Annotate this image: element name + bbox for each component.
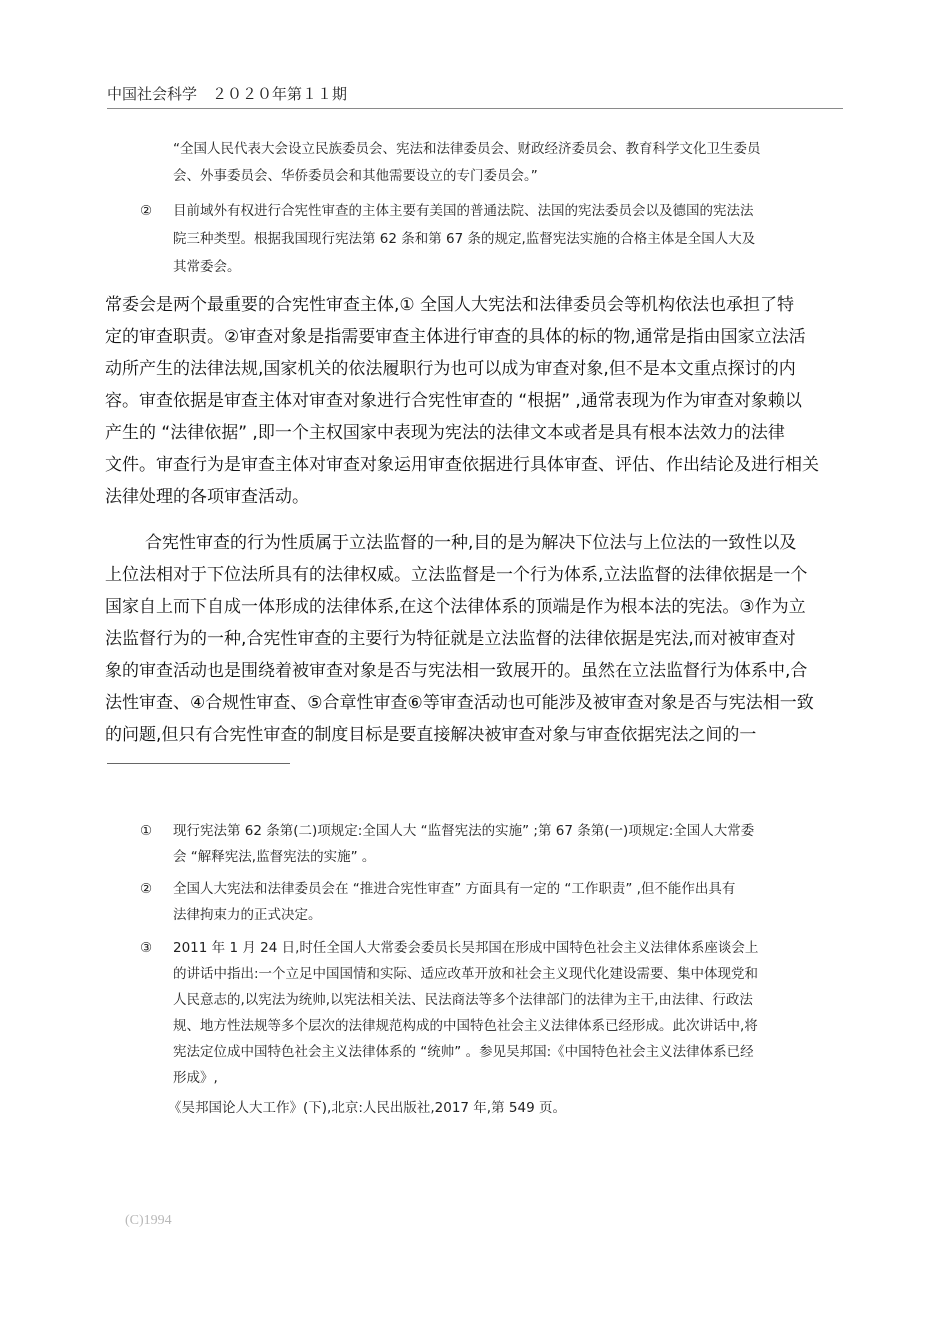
body-line: 文件。审查行为是审查主体对审查对象运用审查依据进行具体审查、评估、作出结论及进行… [105,450,819,475]
top-footnote-2: ② 目前域外有权进行合宪性审查的主体主要有美国的普通法院、法国的宪法委员会以及德… [140,198,860,283]
body-line: 常委会是两个最重要的合宪性审查主体,① 全国人大宪法和法律委员会等机构依法也承担… [105,290,794,315]
footnote-line: 目前域外有权进行合宪性审查的主体主要有美国的普通法院、法国的宪法委员会以及德国的… [173,198,754,224]
footnote-2: ② 全国人大宪法和法律委员会在 “推进合宪性审查” 方面具有一定的 “工作职责”… [140,876,870,932]
footnote-number: ② [140,876,168,902]
footnote-line: 规、地方性法规等多个层次的法律规范构成的中国特色社会主义法律体系已经形成。此次讲… [173,1013,758,1039]
body-line: 定的审查职责。②审查对象是指需要审查主体进行审查的具体的标的物,通常是指由国家立… [105,322,806,347]
body-paragraph-2: 合宪性审查的行为性质属于立法监督的一种,目的是为解决下位法与上位法的一致性以及 … [105,528,865,758]
body-line: 的问题,但只有合宪性审查的制度目标是要直接解决被审查对象与审查依据宪法之间的一 [105,720,756,745]
footnote-number: ③ [140,935,168,961]
footnote-line: 2011 年 1 月 24 日,时任全国人大常委会委员长吴邦国在形成中国特色社会… [173,935,758,961]
footnote-line: 法律拘束力的正式决定。 [173,902,322,928]
footnote-1: ① 现行宪法第 62 条第(二)项规定:全国人大 “监督宪法的实施” ;第 67… [140,818,870,874]
header-rule [107,108,843,109]
footnote-line: 会 “解释宪法,监督宪法的实施” 。 [173,844,375,870]
body-line: 象的审查活动也是围绕着被审查对象是否与宪法相一致展开的。虽然在立法监督行为体系中… [105,656,807,681]
copyright-watermark: (C)1994 [125,1213,172,1229]
footnote-number: ① [140,818,168,844]
footnote-line: “全国人民代表大会设立民族委员会、宪法和法律委员会、财政经济委员会、教育科学文化… [173,136,761,162]
body-line: 国家自上而下自成一体形成的法律体系,在这个法律体系的顶端是作为根本法的宪法。③作… [105,592,806,617]
footnote-line: 全国人大宪法和法律委员会在 “推进合宪性审查” 方面具有一定的 “工作职责” ,… [173,876,735,902]
footnote-line: 其常委会。 [173,254,241,280]
body-line: 容。审查依据是审查主体对审查对象进行合宪性审查的 “根据” ,通常表现为作为审查… [105,386,802,411]
footnote-line: 的讲话中指出:一个立足中国国情和实际、适应改革开放和社会主义现代化建设需要、集中… [173,961,758,987]
body-line: 动所产生的法律法规,国家机关的依法履职行为也可以成为审查对象,但不是本文重点探讨… [105,354,796,379]
footnote-line: 形成》, [173,1065,218,1091]
footnote-line: 现行宪法第 62 条第(二)项规定:全国人大 “监督宪法的实施” ;第 67 条… [173,818,754,844]
body-line: 法监督行为的一种,合宪性审查的主要行为特征就是立法监督的法律依据是宪法,而对被审… [105,624,796,649]
footnote-line: 会、外事委员会、华侨委员会和其他需要设立的专门委员会。” [173,163,538,189]
body-line: 合宪性审查的行为性质属于立法监督的一种,目的是为解决下位法与上位法的一致性以及 [145,528,796,553]
journal-header: 中国社会科学 ２０２０年第１１期 [107,83,347,104]
footnote-line: 院三种类型。根据我国现行宪法第 62 条和第 67 条的规定,监督宪法实施的合格… [173,226,755,252]
footnote-line: 《吴邦国论人大工作》(下),北京:人民出版社,2017 年,第 549 页。 [168,1095,566,1121]
footnote-line: 人民意志的,以宪法为统帅,以宪法相关法、民法商法等多个法律部门的法律为主干,由法… [173,987,753,1013]
body-line: 法性审查、④合规性审查、⑤合章性审查⑥等审查活动也可能涉及被审查对象是否与宪法相… [105,688,814,713]
body-line: 产生的 “法律依据” ,即一个主权国家中表现为宪法的法律文本或者是具有根本法效力… [105,418,785,443]
body-paragraph-1: 常委会是两个最重要的合宪性审查主体,① 全国人大宪法和法律委员会等机构依法也承担… [105,290,865,520]
footnote-line: 宪法定位成中国特色社会主义法律体系的 “统帅” 。参见吴邦国:《中国特色社会主义… [173,1039,754,1065]
footnote-number: ② [140,198,168,224]
body-line: 法律处理的各项审查活动。 [105,482,309,507]
footnote-separator [107,763,290,764]
body-line: 上位法相对于下位法所具有的法律权威。立法监督是一个行为体系,立法监督的法律依据是… [105,560,807,585]
top-footnote-continuation: “全国人民代表大会设立民族委员会、宪法和法律委员会、财政经济委员会、教育科学文化… [140,136,860,196]
footnote-3: ③ 2011 年 1 月 24 日,时任全国人大常委会委员长吴邦国在形成中国特色… [140,935,870,1125]
